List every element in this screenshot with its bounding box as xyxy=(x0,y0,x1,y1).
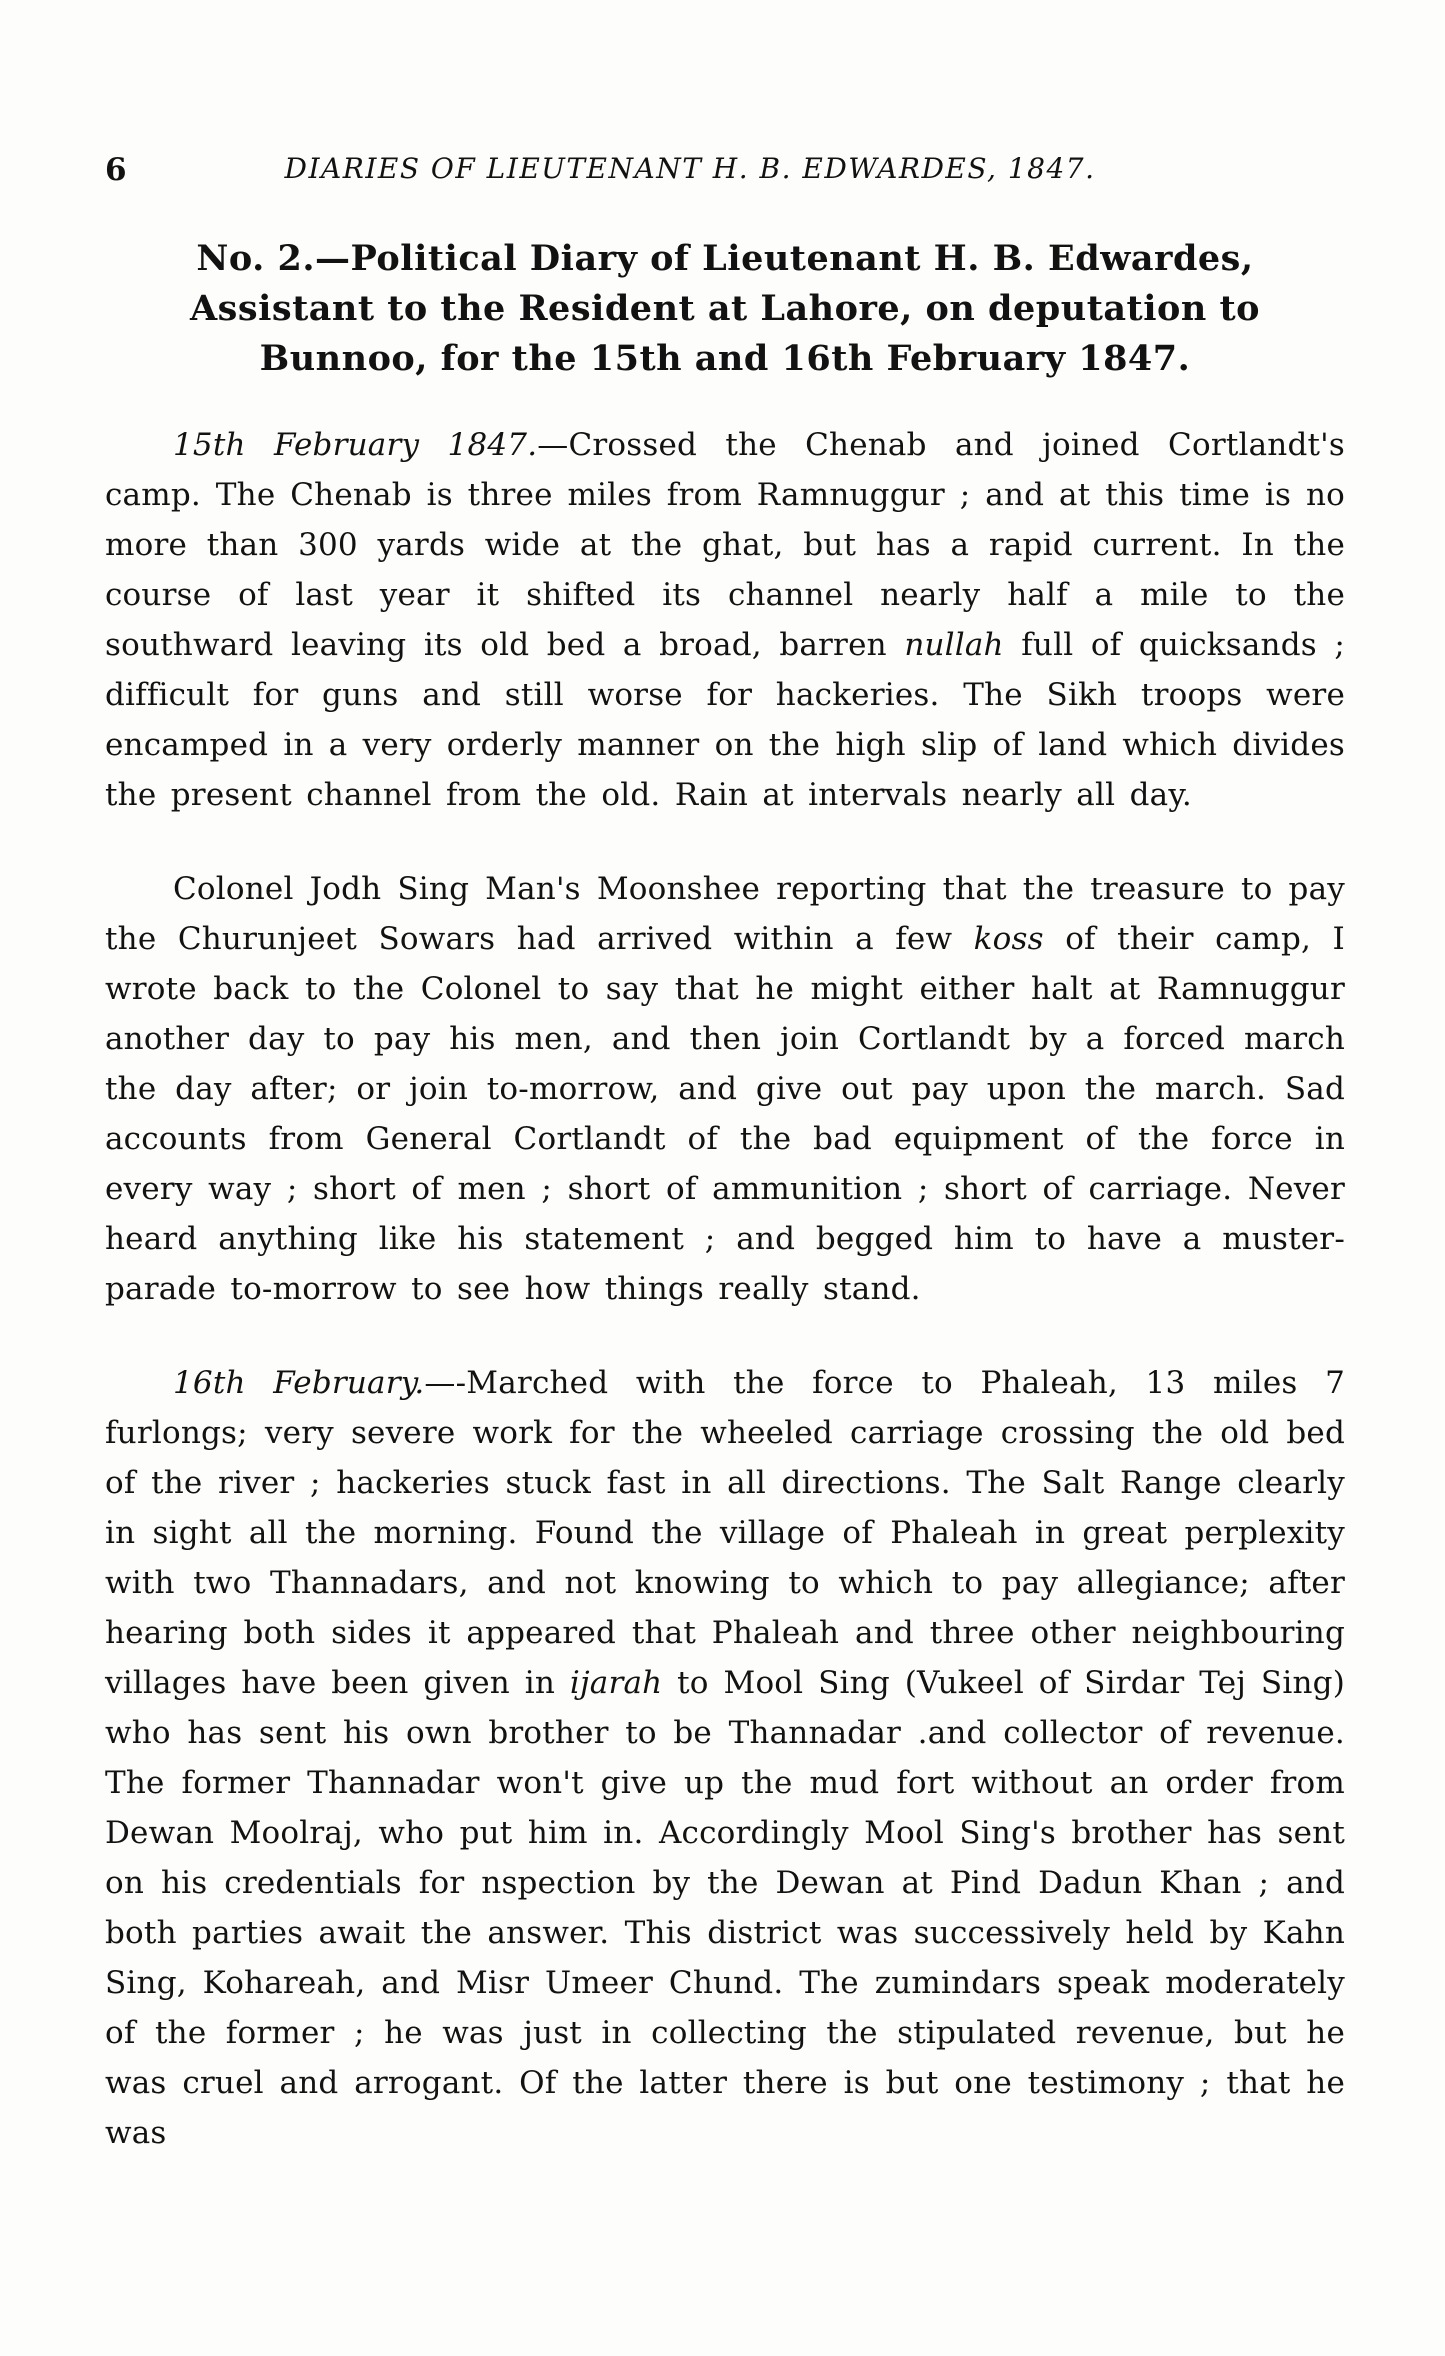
document-title-line-3: Bunnoo, for the 15th and 16th February 1… xyxy=(105,334,1345,384)
scanned-book-page: 6 DIARIES OF LIEUTENANT H. B. EDWARDES, … xyxy=(0,0,1445,2356)
document-title: No. 2.—Political Diary of Lieutenant H. … xyxy=(105,234,1345,384)
document-title-line-2: Assistant to the Resident at Lahore, on … xyxy=(105,284,1345,334)
diary-entry-paragraph: Colonel Jodh Sing Man's Moonshee reporti… xyxy=(105,864,1345,1314)
document-title-line-1: No. 2.—Political Diary of Lieutenant H. … xyxy=(105,234,1345,284)
diary-entry-paragraph: 15th February 1847.—Crossed the Chenab a… xyxy=(105,420,1345,820)
page-content: 6 DIARIES OF LIEUTENANT H. B. EDWARDES, … xyxy=(105,0,1345,2158)
running-header-row: 6 DIARIES OF LIEUTENANT H. B. EDWARDES, … xyxy=(105,0,1345,194)
diary-body: 15th February 1847.—Crossed the Chenab a… xyxy=(105,420,1345,2158)
diary-entry-paragraph: 16th February.—-Marched with the force t… xyxy=(105,1358,1345,2158)
running-header: DIARIES OF LIEUTENANT H. B. EDWARDES, 18… xyxy=(70,152,1310,185)
